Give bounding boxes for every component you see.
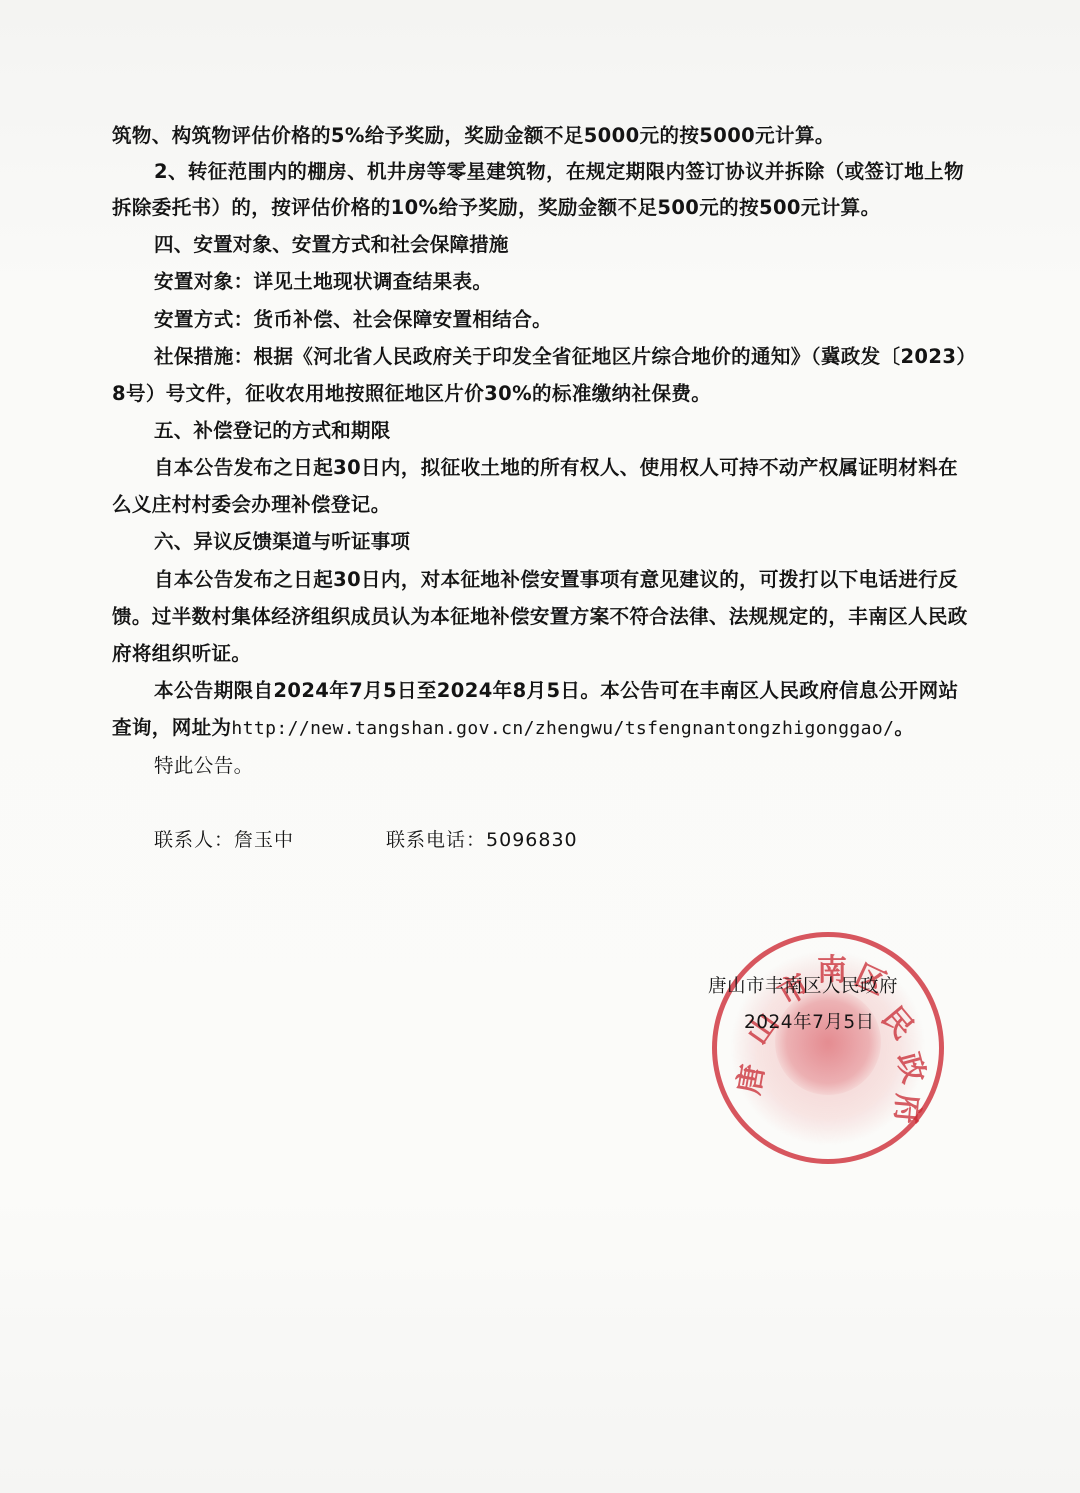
section-heading: 六、异议反馈渠道与听证事项 (154, 528, 1044, 556)
seal-char: 政 (889, 1047, 939, 1087)
contact-phone-number[interactable]: 5096830 (486, 829, 578, 851)
resettlement-method: 安置方式：货币补偿、社会保障安置相结合。 (154, 306, 1044, 334)
seal-char: 民 (874, 995, 927, 1046)
paragraph-line: 拆除委托书）的，按评估价格的10%给予奖励，奖励金额不足500元的按500元计算… (112, 194, 1002, 222)
seal-char: 唐 (724, 1060, 773, 1097)
signing-organization: 唐山市丰南区人民政府 (708, 972, 898, 998)
resettlement-target: 安置对象：详见土地现状调查结果表。 (154, 268, 1044, 296)
section-heading: 四、安置对象、安置方式和社会保障措施 (154, 231, 1044, 259)
document-page: 筑物、构筑物评估价格的5%给予奖励，奖励金额不足5000元的按5000元计算。 … (0, 0, 1080, 1493)
seal-char: 府 (887, 1092, 933, 1126)
contact-person: 联系人：詹玉中 (154, 826, 294, 854)
paragraph-line: 筑物、构筑物评估价格的5%给予奖励，奖励金额不足5000元的按5000元计算。 (112, 122, 1002, 150)
signing-date: 2024年7月5日 (744, 1008, 875, 1034)
url-prefix: 查询，网址为 (112, 716, 231, 739)
section-heading: 五、补偿登记的方式和期限 (154, 417, 1044, 445)
contact-phone: 联系电话：5096830 (386, 826, 578, 854)
paragraph-line: 自本公告发布之日起30日内，拟征收土地的所有权人、使用权人可持不动产权属证明材料… (154, 454, 1044, 482)
notice-period: 本公告期限自2024年7月5日至2024年8月5日。本公告可在丰南区人民政府信息… (154, 677, 1044, 705)
url-suffix: 。 (894, 716, 914, 739)
notice-url-line: 查询，网址为http://new.tangshan.gov.cn/zhengwu… (112, 714, 1002, 743)
paragraph-line: 2、转征范围内的棚房、机井房等零星建筑物，在规定期限内签订协议并拆除（或签订地上… (154, 158, 1044, 186)
contact-person-name: 詹玉中 (234, 829, 294, 851)
contact-phone-label: 联系电话： (386, 829, 486, 851)
social-security-line: 8号）号文件，征收农用地按照征地区片价30%的标准缴纳社保费。 (112, 380, 1002, 408)
official-seal-icon: 唐 山 市 南 区 民 政 府 (712, 932, 944, 1164)
contact-person-label: 联系人： (154, 829, 234, 851)
social-security-line: 社保措施：根据《河北省人民政府关于印发全省征地区片综合地价的通知》（冀政发〔20… (154, 343, 1044, 371)
paragraph-line: 馈。过半数村集体经济组织成员认为本征地补偿安置方案不符合法律、法规规定的，丰南区… (112, 603, 1002, 631)
paragraph-line: 么义庄村村委会办理补偿登记。 (112, 491, 1002, 519)
website-link[interactable]: http://new.tangshan.gov.cn/zhengwu/tsfen… (231, 718, 894, 739)
paragraph-line: 府将组织听证。 (112, 640, 1002, 668)
closing-text: 特此公告。 (154, 752, 1044, 780)
paragraph-line: 自本公告发布之日起30日内，对本征地补偿安置事项有意见建议的，可拨打以下电话进行… (154, 566, 1044, 594)
